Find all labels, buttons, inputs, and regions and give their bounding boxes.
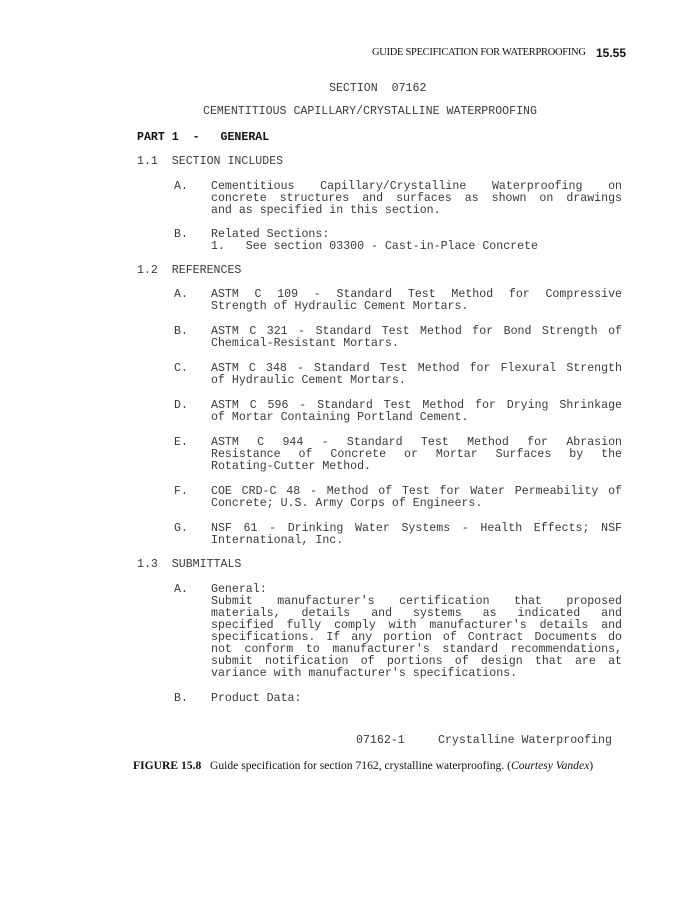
document-footer-title: Crystalline Waterproofing — [438, 734, 612, 747]
document-footer-code: 07162-1 — [356, 734, 405, 747]
part-dash: - — [193, 131, 200, 144]
section-subtitle: CEMENTITIOUS CAPILLARY/CRYSTALLINE WATER… — [203, 105, 537, 118]
figure-caption: FIGURE 15.8 Guide specification for sect… — [133, 759, 593, 772]
item-text: Concrete; U.S. Army Corps of Engineers. — [211, 497, 482, 510]
part-number: PART 1 — [137, 131, 179, 144]
item-letter: B. — [174, 228, 188, 241]
subitem: 1. See section 03300 - Cast-in-Place Con… — [211, 240, 538, 253]
section-heading-1-2: 1.2 REFERENCES — [137, 264, 241, 277]
figure-label: FIGURE 15.8 — [133, 759, 201, 772]
running-head: GUIDE SPECIFICATION FOR WATERPROOFING 15… — [360, 46, 626, 62]
caption-credit: Courtesy Vandex — [511, 759, 589, 772]
part-heading: PART 1 - GENERAL — [137, 131, 269, 144]
item-letter: G. — [174, 522, 188, 535]
item-text: Strength of Hydraulic Cement Mortars. — [211, 300, 468, 313]
section-heading-1-3: 1.3 SUBMITTALS — [137, 558, 241, 571]
item-letter: A. — [174, 583, 188, 596]
part-title: GENERAL — [221, 131, 270, 144]
item-letter: A. — [174, 180, 188, 193]
item-letter: B. — [174, 692, 188, 705]
item-text: Rotating-Cutter Method. — [211, 460, 371, 473]
item-text: Chemical-Resistant Mortars. — [211, 337, 399, 350]
caption-text: Guide specification for section 7162, cr… — [210, 759, 511, 772]
page-number: 15.55 — [596, 46, 626, 60]
item-letter: B. — [174, 325, 188, 338]
item-letter: C. — [174, 362, 188, 375]
item-text: Product Data: — [211, 692, 301, 705]
item-text: International, Inc. — [211, 534, 343, 547]
item-text: of Hydraulic Cement Mortars. — [211, 374, 406, 387]
item-letter: F. — [174, 485, 188, 498]
item-text: variance with manufacturer's specificati… — [211, 667, 517, 680]
item-text: and as specified in this section. — [211, 204, 441, 217]
item-letter: D. — [174, 399, 188, 412]
item-letter: E. — [174, 436, 188, 449]
section-heading-1-1: 1.1 SECTION INCLUDES — [137, 155, 283, 168]
running-head-title: GUIDE SPECIFICATION FOR WATERPROOFING — [372, 47, 586, 58]
section-title: SECTION 07162 — [329, 82, 426, 95]
item-text: of Mortar Containing Portland Cement. — [211, 411, 468, 424]
item-letter: A. — [174, 288, 188, 301]
